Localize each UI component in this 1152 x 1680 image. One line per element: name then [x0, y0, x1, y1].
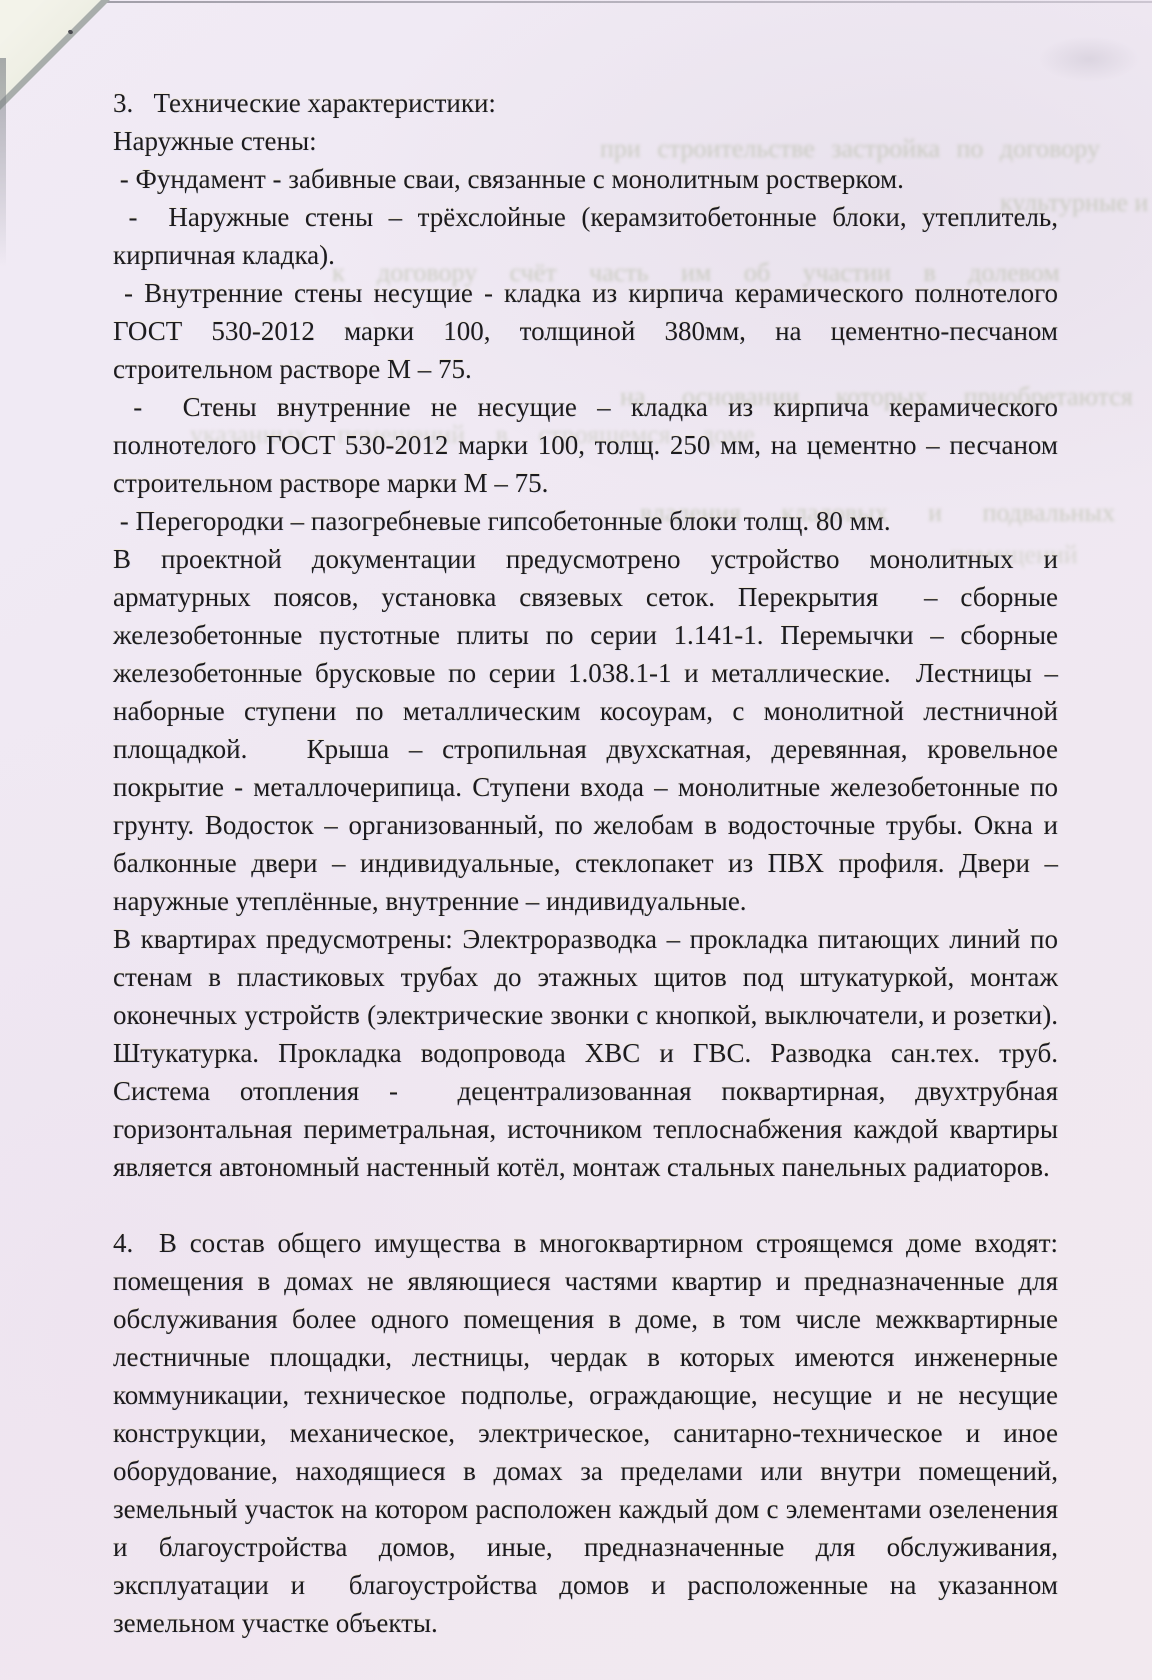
document-text: 3. Технические характеристики: Наружные … — [113, 84, 1058, 1642]
paragraph-apartments: В квартирах предусмотрены: Электроразвод… — [113, 920, 1058, 1186]
folded-corner — [0, 0, 101, 101]
item-inner-nonbearing-walls: - Стены внутренние не несущие – кладка и… — [113, 388, 1058, 502]
section-3-heading: 3. Технические характеристики: — [113, 84, 1058, 122]
subheading-outer-walls: Наружные стены: — [113, 122, 1058, 160]
item-partitions: - Перегородки – пазогребневые гипсобетон… — [113, 502, 1058, 540]
item-outer-walls: - Наружные стены – трёхслойные (керамзит… — [113, 198, 1058, 274]
section-4-paragraph: 4. В состав общего имущества в многоквар… — [113, 1224, 1058, 1642]
paragraph-structure: В проектной документации предусмотрено у… — [113, 540, 1058, 920]
item-inner-bearing-walls: - Внутренние стены несущие - кладка из к… — [113, 274, 1058, 388]
scan-top-edge — [86, 1, 1152, 3]
item-foundation: - Фундамент - забивные сваи, связанные с… — [113, 160, 1058, 198]
scanned-document-page: при строительстве застройка по договору … — [0, 0, 1152, 1680]
page-left-edge-shadow — [0, 58, 6, 268]
